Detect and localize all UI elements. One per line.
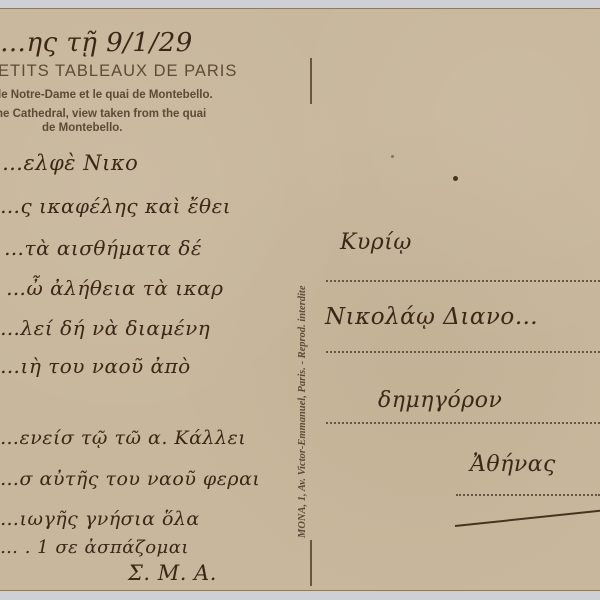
signature: Σ. Μ. Α.	[128, 561, 217, 585]
message-line: …ιὴ του ναοῦ ἀπὸ	[0, 354, 191, 378]
message-line: … . 1 σε ἀσπάζομαι	[0, 537, 189, 558]
address-line-1: Κυρίῳ	[340, 230, 412, 255]
address-rule	[326, 351, 600, 353]
message-line: …τὰ αισθήματα δέ	[4, 236, 202, 260]
caption-english-line2: de Montebello.	[42, 122, 123, 134]
address-line-4: Ἀθήνας	[470, 452, 556, 477]
message-line: …ὦ ἀλήθεια τὰ ικαρ	[6, 276, 223, 300]
message-line: …ελφὲ Νικο	[2, 151, 138, 175]
address-rule	[326, 422, 600, 424]
caption-english-line1: ne Cathedral, view taken from the quai	[0, 108, 206, 120]
message-line: …ιωγῆς γνήσια ὅλα	[0, 508, 200, 530]
address-rule	[456, 494, 600, 496]
message-line: …λεί δή νὰ διαμένη	[0, 316, 210, 340]
message-line: …ς ικαφέλης καὶ ἔθει	[0, 194, 231, 218]
address-line-2: Νικολάῳ Διανο…	[325, 304, 538, 330]
pen-underline-stroke	[455, 509, 600, 527]
center-divider-bottom	[310, 540, 312, 586]
postcard: …ης τῇ 9/1/29 PETITS TABLEAUX DE PARIS l…	[0, 8, 600, 591]
address-line-3: δημηγόρον	[378, 388, 502, 413]
handwritten-date: …ης τῇ 9/1/29	[0, 28, 193, 58]
ink-spot	[391, 155, 394, 158]
caption-french: le Notre-Dame et le quai de Montebello.	[0, 89, 213, 101]
message-line: …σ αὐτῆς του ναοῦ φεραι	[0, 468, 260, 490]
series-title: PETITS TABLEAUX DE PARIS	[0, 62, 237, 81]
address-rule	[326, 280, 600, 282]
message-line: …ενείσ τῷ τῶ α. Κάλλει	[0, 427, 246, 449]
center-divider-top	[310, 58, 312, 104]
ink-spot	[453, 176, 458, 181]
publisher-imprint: MONA, 1, Av. Victor-Emmanuel, Paris. - R…	[297, 108, 319, 538]
